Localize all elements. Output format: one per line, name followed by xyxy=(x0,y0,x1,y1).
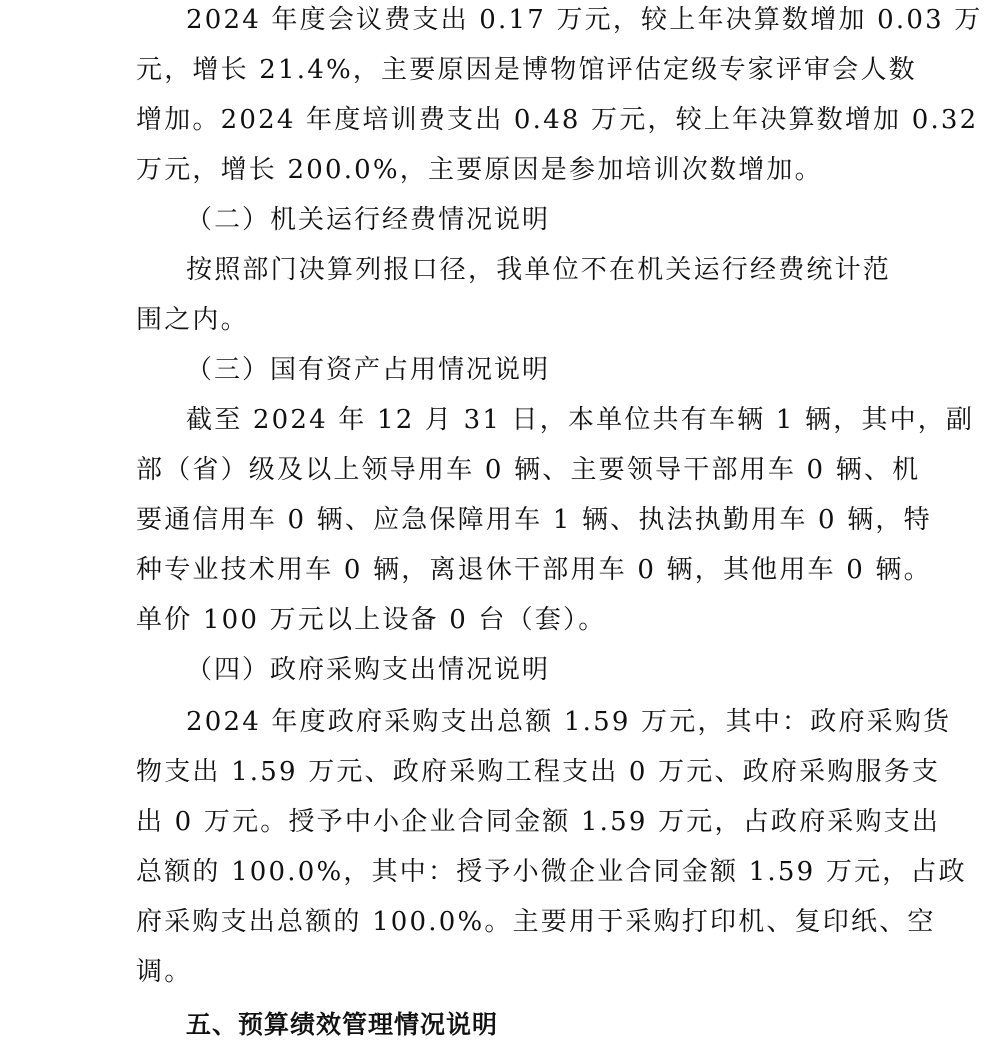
paragraph-line: 围之内。 xyxy=(136,300,878,340)
paragraph-line: 增加。2024 年度培训费支出 0.48 万元，较上年决算数增加 0.32 xyxy=(136,100,878,140)
paragraph-line: 2024 年度政府采购支出总额 1.59 万元，其中：政府采购货 xyxy=(186,702,878,742)
section-heading-performance-management: 五、预算绩效管理情况说明 xyxy=(186,1005,498,1043)
section-heading-operating-expenses: （二）机关运行经费情况说明 xyxy=(186,200,550,240)
section-heading-state-assets: （三）国有资产占用情况说明 xyxy=(186,350,550,390)
paragraph-line: 2024 年度会议费支出 0.17 万元，较上年决算数增加 0.03 万 xyxy=(186,0,878,40)
paragraph-line: 出 0 万元。授予中小企业合同金额 1.59 万元，占政府采购支出 xyxy=(136,802,878,842)
paragraph-line: 要通信用车 0 辆、应急保障用车 1 辆、执法执勤用车 0 辆，特 xyxy=(136,500,878,540)
paragraph-line: 按照部门决算列报口径，我单位不在机关运行经费统计范 xyxy=(186,250,878,290)
paragraph-line: 种专业技术用车 0 辆，离退休干部用车 0 辆，其他用车 0 辆。 xyxy=(136,550,878,590)
paragraph-line: 物支出 1.59 万元、政府采购工程支出 0 万元、政府采购服务支 xyxy=(136,752,878,792)
section-heading-government-procurement: （四）政府采购支出情况说明 xyxy=(186,650,550,690)
paragraph-line: 万元，增长 200.0%，主要原因是参加培训次数增加。 xyxy=(136,150,878,190)
paragraph-line: 单价 100 万元以上设备 0 台（套）。 xyxy=(136,600,878,640)
document-page: 2024 年度会议费支出 0.17 万元，较上年决算数增加 0.03 万 元，增… xyxy=(0,0,1000,1043)
paragraph-line: 调。 xyxy=(136,952,878,992)
paragraph-line: 元，增长 21.4%，主要原因是博物馆评估定级专家评审会人数 xyxy=(136,50,878,90)
paragraph-line: 总额的 100.0%，其中：授予小微企业合同金额 1.59 万元，占政 xyxy=(136,852,878,892)
paragraph-line: 部（省）级及以上领导用车 0 辆、主要领导干部用车 0 辆、机 xyxy=(136,450,878,490)
paragraph-line: 府采购支出总额的 100.0%。主要用于采购打印机、复印纸、空 xyxy=(136,902,878,942)
paragraph-line: 截至 2024 年 12 月 31 日，本单位共有车辆 1 辆，其中，副 xyxy=(186,400,878,440)
